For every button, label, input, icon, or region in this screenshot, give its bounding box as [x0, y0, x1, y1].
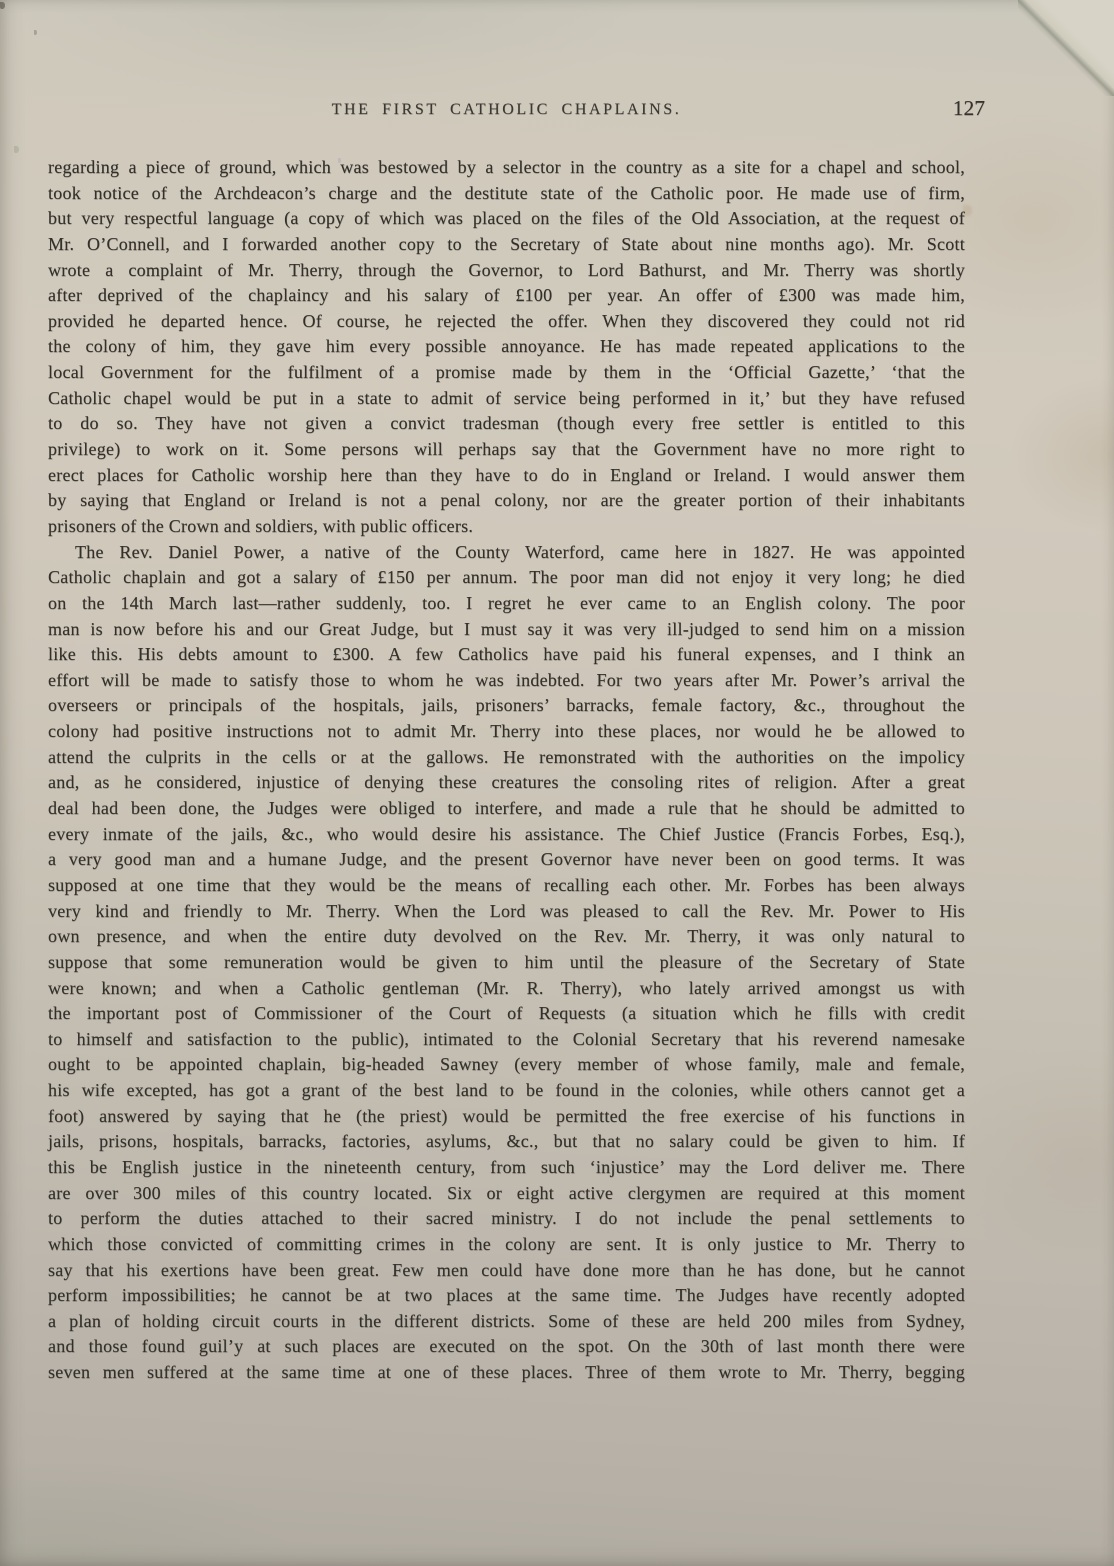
page-corner-crease: [1018, 0, 1114, 96]
text-line: to perform the duties attached to their …: [48, 1206, 965, 1232]
text-line: privilege) to work on it. Some persons w…: [48, 437, 965, 463]
text-line: provided he departed hence. Of course, h…: [48, 309, 965, 335]
text-line: by saying that England or Ireland is not…: [48, 488, 965, 514]
text-line: and, as he considered, injustice of deny…: [48, 770, 965, 796]
text-line: his wife excepted, has got a grant of th…: [48, 1078, 965, 1104]
text-line: took notice of the Archdeacon’s charge a…: [48, 181, 965, 207]
text-line: Catholic chaplain and got a salary of £1…: [48, 565, 965, 591]
text-line: but very respectful language (a copy of …: [48, 206, 965, 232]
text-line: colony had positive instructions not to …: [48, 719, 965, 745]
text-line: prisoners of the Crown and soldiers, wit…: [48, 514, 965, 540]
text-line: a plan of holding circuit courts in the …: [48, 1309, 965, 1335]
text-line: wrote a complaint of Mr. Therry, through…: [48, 258, 965, 284]
text-line: the colony of him, they gave him every p…: [48, 334, 965, 360]
text-line: to do so. They have not given a convict …: [48, 411, 965, 437]
text-line: regarding a piece of ground, which was b…: [48, 155, 965, 181]
text-line: suppose that some remuneration would be …: [48, 950, 965, 976]
text-line: after deprived of the chaplaincy and his…: [48, 283, 965, 309]
text-line: own presence, and when the entire duty d…: [48, 924, 965, 950]
page-body: regarding a piece of ground, which was b…: [48, 155, 965, 1386]
text-line: this be English justice in the nineteent…: [48, 1155, 965, 1181]
text-line: to himself and satisfaction to the publi…: [48, 1027, 965, 1053]
text-line: every inmate of the jails, &c., who woul…: [48, 822, 965, 848]
text-line: overseers or principals of the hospitals…: [48, 693, 965, 719]
text-line: deal had been done, the Judges were obli…: [48, 796, 965, 822]
paper-speck: [0, 2, 5, 9]
running-title: THE FIRST CATHOLIC CHAPLAINS.: [48, 101, 965, 119]
text-line: which those convicted of committing crim…: [48, 1232, 965, 1258]
text-line: on the 14th March last—rather suddenly, …: [48, 591, 965, 617]
text-line: ought to be appointed chaplain, big-head…: [48, 1052, 965, 1078]
paragraph: regarding a piece of ground, which was b…: [48, 155, 965, 540]
text-line: local Government for the fulfilment of a…: [48, 360, 965, 386]
text-line: effort will be made to satisfy those to …: [48, 668, 965, 694]
text-line: like this. His debts amount to £300. A f…: [48, 642, 965, 668]
text-line: the important post of Commissioner of th…: [48, 1001, 965, 1027]
text-line: and those found guil’y at such places ar…: [48, 1334, 965, 1360]
scanned-page: THE FIRST CATHOLIC CHAPLAINS. 127 regard…: [0, 0, 1114, 1566]
paragraph: The Rev. Daniel Power, a native of the C…: [48, 540, 965, 1386]
text-line: foot) answered by saying that he (the pr…: [48, 1104, 965, 1130]
text-line: supposed at one time that they would be …: [48, 873, 965, 899]
text-line: The Rev. Daniel Power, a native of the C…: [48, 540, 965, 566]
text-line: a very good man and a humane Judge, and …: [48, 847, 965, 873]
text-line: were known; and when a Catholic gentlema…: [48, 976, 965, 1002]
text-line: seven men suffered at the same time at o…: [48, 1360, 965, 1386]
page-number: 127: [953, 96, 985, 121]
text-line: man is now before his and our Great Judg…: [48, 617, 965, 643]
text-line: very kind and friendly to Mr. Therry. Wh…: [48, 899, 965, 925]
text-line: say that his exertions have been great. …: [48, 1258, 965, 1284]
text-line: attend the culprits in the cells or at t…: [48, 745, 965, 771]
text-line: Mr. O’Connell, and I forwarded another c…: [48, 232, 965, 258]
text-line: erect places for Catholic worship here t…: [48, 463, 965, 489]
text-line: perform impossibilities; he cannot be at…: [48, 1283, 965, 1309]
text-line: Catholic chapel would be put in a state …: [48, 386, 965, 412]
page-header: THE FIRST CATHOLIC CHAPLAINS. 127: [48, 101, 965, 131]
text-line: are over 300 miles of this country locat…: [48, 1181, 965, 1207]
text-line: jails, prisons, hospitals, barracks, fac…: [48, 1129, 965, 1155]
